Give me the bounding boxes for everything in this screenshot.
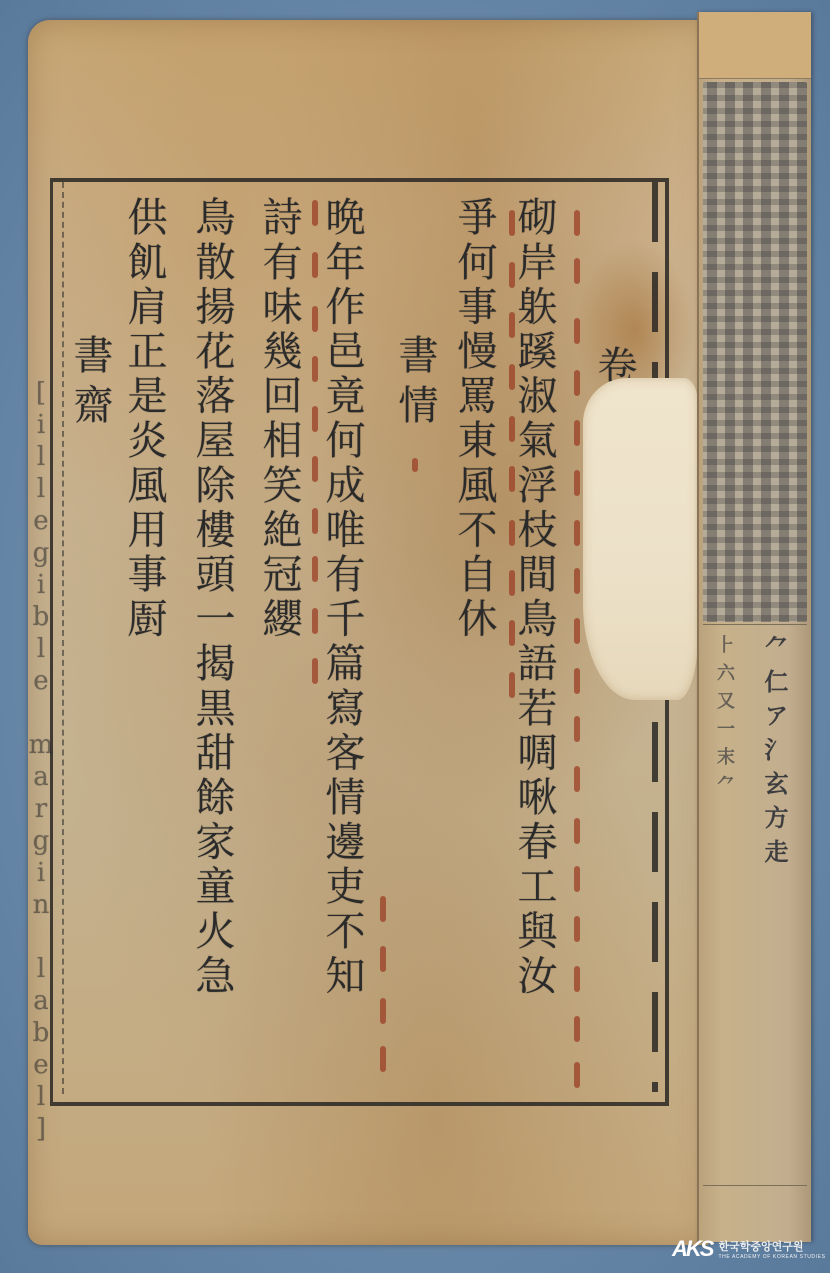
- logo-korean-name: 한국학중앙연구원: [718, 1238, 825, 1254]
- text-column-8: 供飢肩正是炎風用事㕑: [124, 196, 164, 642]
- aks-logo-icon: AKS: [672, 1236, 712, 1262]
- poem-title-shuzhai: 書齋: [70, 334, 110, 434]
- text-column-6: 詩有味幾回相笑絶冠纓: [259, 196, 299, 642]
- margin-label: [illegible margin label]: [28, 378, 54, 1146]
- spine-top-cover: [699, 12, 811, 79]
- spine-cursive-column: ⺈仁ア⺡玄方走: [757, 635, 792, 873]
- text-column-7: 鳥散揚花落屋除樓頭一揭黒甜餘家童火急: [192, 196, 232, 999]
- text-column-5: 晩年作邑竟何成唯有千篇寫客情邊吏不知: [322, 196, 362, 999]
- poem-title-shuqing: 書情: [395, 334, 435, 434]
- spine-handwritten-text: [703, 82, 807, 622]
- text-column-3: 爭何事慢罵東風不自休: [454, 196, 494, 642]
- spine-lower-panel: ⺈仁ア⺡玄方走 ⺊六又一末⺈: [703, 624, 807, 1186]
- aks-watermark-logo: AKS 한국학중앙연구원 THE ACADEMY OF KOREAN STUDI…: [672, 1234, 826, 1264]
- spine-cursive-column-left: ⺊六又一末⺈: [711, 635, 737, 803]
- logo-english-name: THE ACADEMY OF KOREAN STUDIES: [718, 1254, 825, 1260]
- book-spine: ⺈仁ア⺡玄方走 ⺊六又一末⺈: [697, 12, 811, 1242]
- text-column-2: 砌岸䠶蹊淑氣浮枝間鳥語若啁啾春工與汝: [514, 196, 554, 999]
- torn-patched-area: [583, 378, 698, 700]
- frame-left-rule: [62, 182, 66, 1094]
